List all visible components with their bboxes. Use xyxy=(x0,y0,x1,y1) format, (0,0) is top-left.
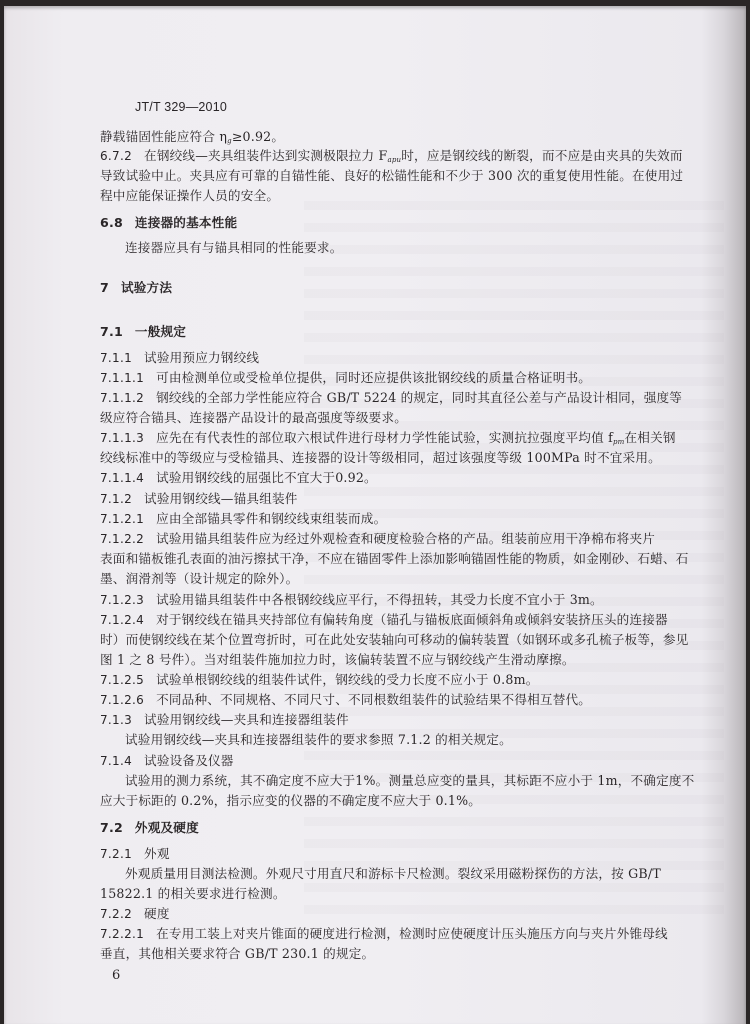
paragraph-line: 时）而使钢绞线在某个位置弯折时，可在此处安装轴向可移动的偏转装置（如钢环或多孔梳… xyxy=(100,632,689,648)
clause-7-1-3: 7.1.3试验用钢绞线—夹具和连接器组装件 xyxy=(100,712,349,728)
paragraph-line: 程中应能保证操作人员的安全。 xyxy=(100,188,279,204)
clause-7-1-1-2: 7.1.1.2钢绞线的全部力学性能应符合 GB/T 5224 的规定，同时其直径… xyxy=(100,390,682,406)
clause-7-1-2-4: 7.1.2.4对于钢绞线在锚具夹持部位有偏转角度（锚孔与锚板底面倾斜角或倾斜安装… xyxy=(100,612,668,628)
clause-6-7-2: 6.7.2在钢绞线—夹具组装件达到实测极限拉力 Fapu时，应是钢绞线的断裂，而… xyxy=(100,148,683,168)
paragraph-line: 外观质量用目测法检测。外观尺寸用直尺和游标卡尺检测。裂纹采用磁粉探伤的方法，按 … xyxy=(125,866,661,882)
scanned-page: JT/T 329—2010 静载锚固性能应符合 ηg≥0.92。 6.7.2在钢… xyxy=(4,6,746,1024)
paragraph-line: 墨、润滑剂等（设计规定的除外）。 xyxy=(100,571,298,587)
clause-7-2-2: 7.2.2硬度 xyxy=(100,906,170,922)
paragraph-line: 试验用的测力系统，其不确定度不应大于1%。测量总应变的量具，其标距不应小于 1m… xyxy=(125,773,694,789)
page-number: 6 xyxy=(112,968,120,984)
standard-header: JT/T 329—2010 xyxy=(135,99,227,115)
clause-7-1-1: 7.1.1试验用预应力钢绞线 xyxy=(100,350,259,366)
paragraph-line: 连接器应具有与锚具相同的性能要求。 xyxy=(125,240,343,256)
paragraph-line: 静载锚固性能应符合 ηg≥0.92。 xyxy=(100,129,284,149)
paragraph-line: 导致试验中止。夹具应有可靠的自锚性能、良好的松锚性能和不少于 300 次的重复使… xyxy=(100,168,683,184)
paragraph-line: 图 1 之 8 号件）。当对组装件施加拉力时，该偏转装置不应与钢绞线产生滑动摩擦… xyxy=(100,652,575,668)
paragraph-line: 绞线标准中的等级应与受检锚具、连接器的设计等级相同，超过该强度等级 100MPa… xyxy=(100,450,661,466)
clause-7-1-2: 7.1.2试验用钢绞线—锚具组装件 xyxy=(100,491,298,507)
clause-7-1-2-6: 7.1.2.6不同品种、不同规格、不同尺寸、不同根数组装件的试验结果不得相互替代… xyxy=(100,692,591,708)
clause-7-1-1-4: 7.1.1.4试验用钢绞线的屈强比不宜大于0.92。 xyxy=(100,470,377,486)
paragraph-line: 试验用钢绞线—夹具和连接器组装件的要求参照 7.1.2 的相关规定。 xyxy=(125,732,512,748)
clause-7-1-4: 7.1.4试验设备及仪器 xyxy=(100,753,234,769)
chapter-heading-7: 7试验方法 xyxy=(100,280,172,296)
clause-7-2-1: 7.2.1外观 xyxy=(100,846,170,862)
section-heading-7-2: 7.2外观及硬度 xyxy=(100,820,199,836)
section-heading-7-1: 7.1一般规定 xyxy=(100,324,186,340)
paragraph-line: 表面和锚板锥孔表面的油污擦拭干净，不应在锚固零件上添加影响锚固性能的物质，如金刚… xyxy=(100,551,689,567)
paragraph-line: 垂直，其他相关要求符合 GB/T 230.1 的规定。 xyxy=(100,946,374,962)
clause-7-1-1-1: 7.1.1.1可由检测单位或受检单位提供，同时还应提供该批钢绞线的质量合格证明书… xyxy=(100,370,591,386)
clause-7-1-2-5: 7.1.2.5试验单根钢绞线的组装件试件，钢绞线的受力长度不应小于 0.8m。 xyxy=(100,672,539,688)
paragraph-line: 15822.1 的相关要求进行检测。 xyxy=(100,886,286,902)
clause-7-1-2-3: 7.1.2.3试验用锚具组装件中各根钢绞线应平行，不得扭转，其受力长度不宜小于 … xyxy=(100,592,603,608)
clause-7-1-2-2: 7.1.2.2试验用锚具组装件应为经过外观检查和硬度检验合格的产品。组装前应用干… xyxy=(100,531,655,547)
clause-7-1-1-3: 7.1.1.3应先在有代表性的部位取六根试件进行母材力学性能试验，实测抗拉强度平… xyxy=(100,430,676,450)
paragraph-line: 应大于标距的 0.2%，指示应变的仪器的不确定度不应大于 0.1%。 xyxy=(100,793,481,809)
paragraph-line: 级应符合锚具、连接器产品设计的最高强度等级要求。 xyxy=(100,410,407,426)
page-content: JT/T 329—2010 静载锚固性能应符合 ηg≥0.92。 6.7.2在钢… xyxy=(4,6,746,1024)
clause-7-1-2-1: 7.1.2.1应由全部锚具零件和钢绞线束组装而成。 xyxy=(100,511,386,527)
section-heading-6-8: 6.8连接器的基本性能 xyxy=(100,215,237,231)
clause-7-2-2-1: 7.2.2.1在专用工装上对夹片锥面的硬度进行检测，检测时应使硬度计压头施压方向… xyxy=(100,926,668,942)
